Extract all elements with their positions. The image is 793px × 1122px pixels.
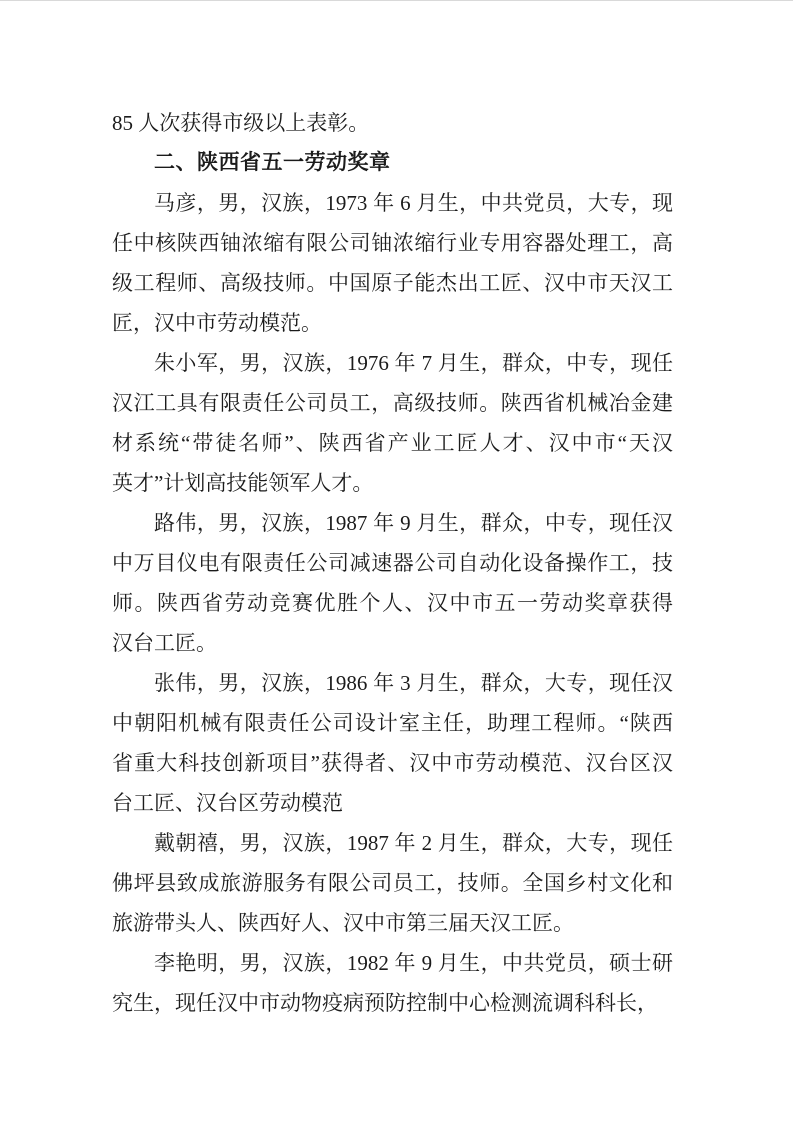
text-line: 台工匠、汉台区劳动模范 (112, 783, 673, 823)
text-line: 师。陕西省劳动竞赛优胜个人、汉中市五一劳动奖章获得者、 (112, 583, 673, 623)
text-line: 马彦，男，汉族，1973 年 6 月生，中共党员，大专，现 (112, 183, 673, 223)
text-line: 李艳明，男，汉族，1982 年 9 月生，中共党员，硕士研 (112, 943, 673, 983)
text-line: 汉江工具有限责任公司员工，高级技师。陕西省机械冶金建 (112, 383, 673, 423)
text-line: 张伟，男，汉族，1986 年 3 月生，群众，大专，现任汉 (112, 663, 673, 703)
text-line: 路伟，男，汉族，1987 年 9 月生，群众，中专，现任汉 (112, 503, 673, 543)
award-entry-paragraph: 朱小军，男，汉族，1976 年 7 月生，群众，中专，现任汉江工具有限责任公司员… (112, 343, 673, 503)
award-entry-paragraph: 戴朝禧，男，汉族，1987 年 2 月生，群众，大专，现任佛坪县致成旅游服务有限… (112, 823, 673, 943)
text-line: 材系统“带徒名师”、陕西省产业工匠人才、汉中市“天汉 (112, 423, 673, 463)
page-top-edge (0, 0, 793, 1)
text-line: 究生，现任汉中市动物疫病预防控制中心检测流调科科长， (112, 983, 673, 1023)
text-line: 汉台工匠。 (112, 623, 673, 663)
text-line: 朱小军，男，汉族，1976 年 7 月生，群众，中专，现任 (112, 343, 673, 383)
text-line: 省重大科技创新项目”获得者、汉中市劳动模范、汉台区汉 (112, 743, 673, 783)
text-line: 中朝阳机械有限责任公司设计室主任，助理工程师。“陕西 (112, 703, 673, 743)
text-line: 匠，汉中市劳动模范。 (112, 303, 673, 343)
text-line: 中万目仪电有限责任公司减速器公司自动化设备操作工，技 (112, 543, 673, 583)
entries: 马彦，男，汉族，1973 年 6 月生，中共党员，大专，现任中核陕西铀浓缩有限公… (112, 183, 673, 1023)
award-entry-paragraph: 路伟，男，汉族，1987 年 9 月生，群众，中专，现任汉中万目仪电有限责任公司… (112, 503, 673, 663)
text-line: 任中核陕西铀浓缩有限公司铀浓缩行业专用容器处理工，高 (112, 223, 673, 263)
award-entry-paragraph: 李艳明，男，汉族，1982 年 9 月生，中共党员，硕士研究生，现任汉中市动物疫… (112, 943, 673, 1023)
section-heading: 二、陕西省五一劳动奖章 (112, 143, 673, 183)
text-block: 85 人次获得市级以上表彰。 二、陕西省五一劳动奖章 马彦，男，汉族，1973 … (112, 103, 673, 1023)
award-entry-paragraph: 张伟，男，汉族，1986 年 3 月生，群众，大专，现任汉中朝阳机械有限责任公司… (112, 663, 673, 823)
text-line: 级工程师、高级技师。中国原子能杰出工匠、汉中市天汉工 (112, 263, 673, 303)
text-line: 英才”计划高技能领军人才。 (112, 463, 673, 503)
text-line: 佛坪县致成旅游服务有限公司员工，技师。全国乡村文化和 (112, 863, 673, 903)
award-entry-paragraph: 马彦，男，汉族，1973 年 6 月生，中共党员，大专，现任中核陕西铀浓缩有限公… (112, 183, 673, 343)
continued-paragraph-line: 85 人次获得市级以上表彰。 (112, 103, 673, 143)
document-page: 85 人次获得市级以上表彰。 二、陕西省五一劳动奖章 马彦，男，汉族，1973 … (0, 0, 793, 1122)
text-line: 戴朝禧，男，汉族，1987 年 2 月生，群众，大专，现任 (112, 823, 673, 863)
text-line: 旅游带头人、陕西好人、汉中市第三届天汉工匠。 (112, 903, 673, 943)
